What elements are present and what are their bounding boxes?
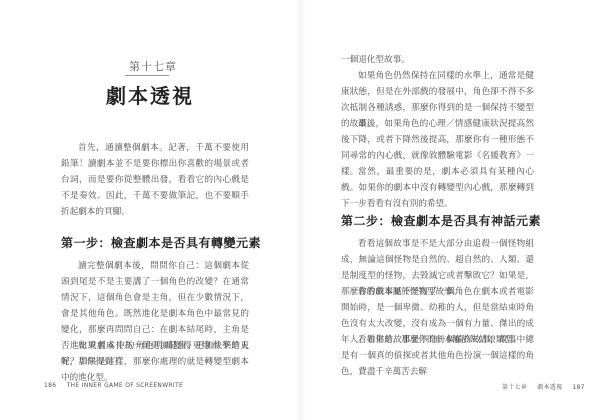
page-number: 186: [44, 382, 56, 389]
step1-paragraph-continued: 如果劇本中的角色明顯變得更壞而不是更好，那你得到了: [61, 338, 249, 370]
chapter-divider: [125, 75, 169, 76]
running-chapter-label: 第十七章: [502, 384, 527, 391]
step2-heading: 第二步：檢查劇本是否具有神話元素: [341, 212, 541, 229]
continued-text: 一個退化型故事。: [341, 52, 534, 68]
running-chapter-title: 劇本透視: [537, 384, 562, 391]
page-number: 187: [572, 384, 584, 391]
step2-paragraph-detective: 看看你的故事是不是一個偵探故事，故事中總是有一個真的偵探或者其他角色扮演一個這樣…: [341, 332, 534, 380]
left-page: 第十七章 劇本透視 首先，通讀整個劇本。記著，千萬不要使用鉛筆！讀劇本並不是要你…: [0, 0, 300, 420]
right-page: 一個退化型故事。 如果角色仍然保持在同樣的水準上，通常是健康狀態，但是在外部戲的…: [300, 0, 600, 420]
step1-heading: 第一步：檢查劇本是否具有轉變元素: [61, 234, 261, 251]
book-spread: 第十七章 劇本透視 首先，通讀整個劇本。記著，千萬不要使用鉛筆！讀劇本並不是要你…: [0, 0, 600, 420]
left-footer: 186 THE INNER GAME OF SCREENWRITE: [44, 382, 183, 389]
chapter-label: 第十七章: [118, 58, 188, 74]
running-title: THE INNER GAME OF SCREENWRITE: [67, 382, 183, 389]
right-footer: 第十七章劇本透視187: [502, 382, 585, 391]
chapter-title: 劇本透視: [100, 80, 200, 109]
intro-paragraph: 首先，通讀整個劇本。記著，千萬不要使用鉛筆！讀劇本並不是要你標出你喜歡的場景或者…: [61, 140, 249, 220]
paragraph-important: 當然，最重要的是，劇本必須具有某種內心戲。如果你的劇本中沒有轉變型內心戲，那麼轉…: [341, 164, 534, 212]
